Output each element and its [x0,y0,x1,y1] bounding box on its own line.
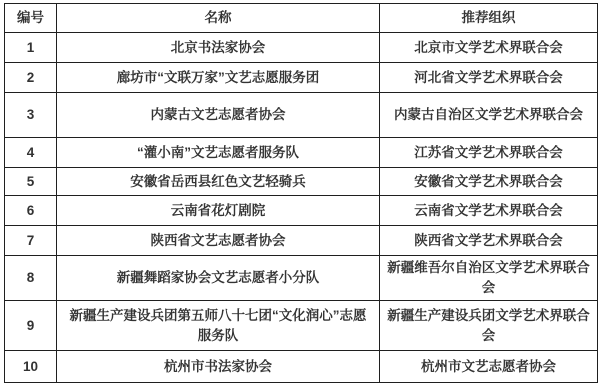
header-row: 编号 名称 推荐组织 [5,4,598,33]
cell-id: 8 [5,256,57,301]
cell-org: 北京市文学艺术界联合会 [380,33,598,63]
cell-name: 廊坊市“文联万家”文艺志愿服务团 [57,63,380,93]
cell-org: 安徽省文学艺术界联合会 [380,168,598,196]
table-row: 10杭州市书法家协会杭州市文艺志愿者协会 [5,351,598,383]
cell-id: 3 [5,93,57,138]
table-row: 4“灌小南”文艺志愿者服务队江苏省文学艺术界联合会 [5,138,598,168]
header-cell-name: 名称 [57,4,380,33]
cell-name: 新疆生产建设兵团第五师八十七团“文化润心”志愿服务队 [57,301,380,351]
header-cell-org: 推荐组织 [380,4,598,33]
table-row: 2廊坊市“文联万家”文艺志愿服务团河北省文学艺术界联合会 [5,63,598,93]
cell-org: 河北省文学艺术界联合会 [380,63,598,93]
cell-id: 9 [5,301,57,351]
table-row: 6云南省花灯剧院云南省文学艺术界联合会 [5,196,598,226]
cell-org: 云南省文学艺术界联合会 [380,196,598,226]
cell-name: 安徽省岳西县红色文艺轻骑兵 [57,168,380,196]
cell-name: “灌小南”文艺志愿者服务队 [57,138,380,168]
recommendation-table: 编号 名称 推荐组织 1北京书法家协会北京市文学艺术界联合会2廊坊市“文联万家”… [4,3,598,383]
cell-name: 杭州市书法家协会 [57,351,380,383]
table-row: 5安徽省岳西县红色文艺轻骑兵安徽省文学艺术界联合会 [5,168,598,196]
cell-org: 陕西省文学艺术界联合会 [380,226,598,256]
table-body: 1北京书法家协会北京市文学艺术界联合会2廊坊市“文联万家”文艺志愿服务团河北省文… [5,33,598,383]
document-page: 编号 名称 推荐组织 1北京书法家协会北京市文学艺术界联合会2廊坊市“文联万家”… [0,3,600,389]
table-row: 3内蒙古文艺志愿者协会内蒙古自治区文学艺术界联合会 [5,93,598,138]
table-row: 8新疆舞蹈家协会文艺志愿者小分队新疆维吾尔自治区文学艺术界联合会 [5,256,598,301]
cell-name: 云南省花灯剧院 [57,196,380,226]
cell-id: 5 [5,168,57,196]
table-row: 7陕西省文艺志愿者协会陕西省文学艺术界联合会 [5,226,598,256]
cell-name: 新疆舞蹈家协会文艺志愿者小分队 [57,256,380,301]
cell-id: 10 [5,351,57,383]
table-row: 9新疆生产建设兵团第五师八十七团“文化润心”志愿服务队新疆生产建设兵团文学艺术界… [5,301,598,351]
cell-org: 杭州市文艺志愿者协会 [380,351,598,383]
cell-id: 4 [5,138,57,168]
cell-org: 新疆维吾尔自治区文学艺术界联合会 [380,256,598,301]
cell-org: 江苏省文学艺术界联合会 [380,138,598,168]
cell-name: 北京书法家协会 [57,33,380,63]
cell-name: 陕西省文艺志愿者协会 [57,226,380,256]
cell-org: 内蒙古自治区文学艺术界联合会 [380,93,598,138]
cell-org: 新疆生产建设兵团文学艺术界联合会 [380,301,598,351]
header-cell-id: 编号 [5,4,57,33]
cell-id: 2 [5,63,57,93]
cell-id: 7 [5,226,57,256]
cell-id: 6 [5,196,57,226]
table-row: 1北京书法家协会北京市文学艺术界联合会 [5,33,598,63]
cell-id: 1 [5,33,57,63]
cell-name: 内蒙古文艺志愿者协会 [57,93,380,138]
